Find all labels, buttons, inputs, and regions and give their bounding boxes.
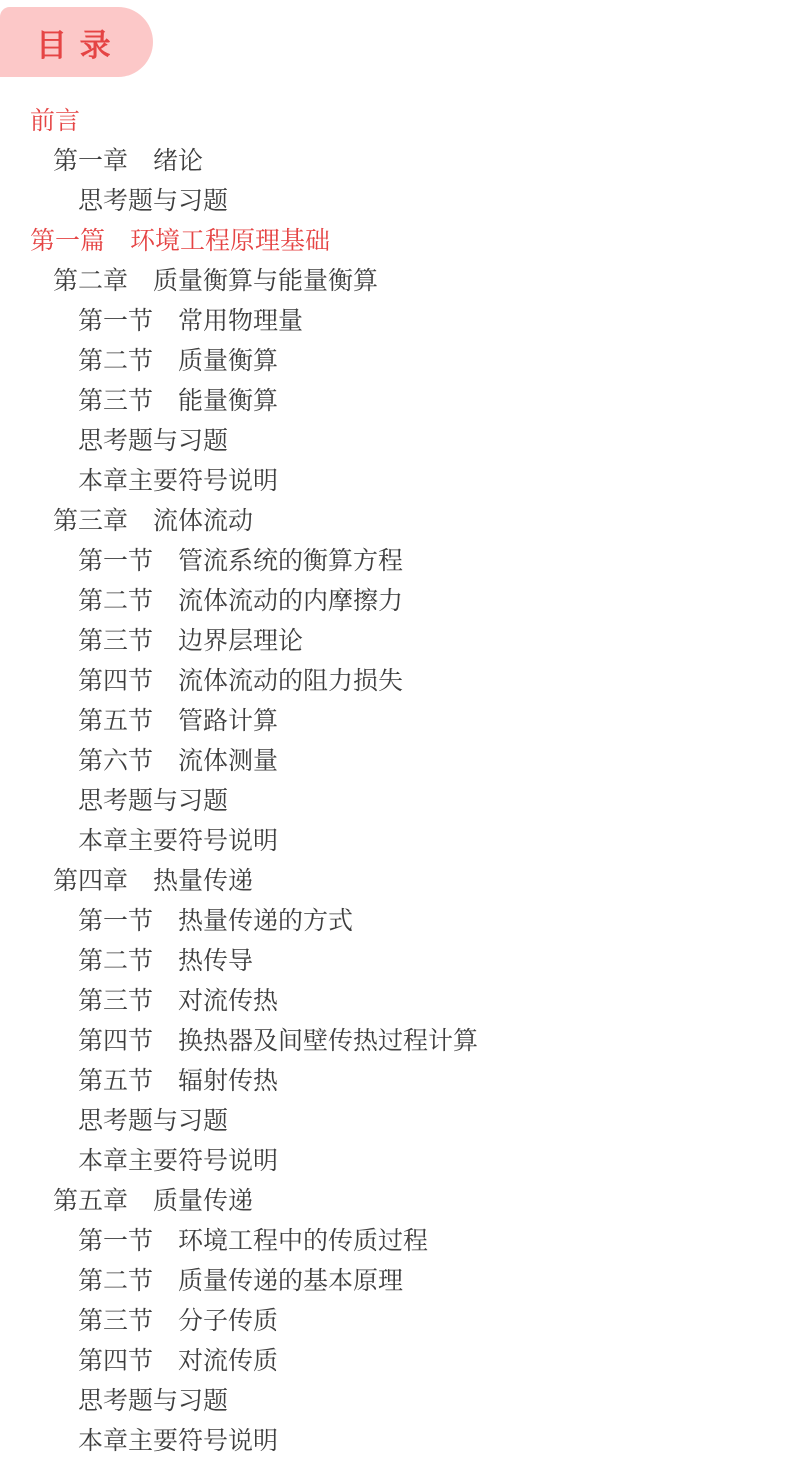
- toc-entry[interactable]: 第二章 质量衡算与能量衡算: [53, 261, 790, 301]
- toc-entry[interactable]: 第五节 辐射传热: [78, 1061, 790, 1101]
- toc-entry[interactable]: 思考题与习题: [78, 1381, 790, 1421]
- toc-entry[interactable]: 第三节 边界层理论: [78, 621, 790, 661]
- toc-entry[interactable]: 第三节 对流传热: [78, 981, 790, 1021]
- toc-entry[interactable]: 第一节 热量传递的方式: [78, 901, 790, 941]
- toc-entry-accent[interactable]: 前言: [30, 101, 790, 141]
- toc-entry-accent[interactable]: 第一篇 环境工程原理基础: [30, 221, 790, 261]
- toc-title-badge: 目 录: [0, 7, 153, 77]
- toc-entry[interactable]: 思考题与习题: [78, 1101, 790, 1141]
- toc-entry[interactable]: 第六节 流体测量: [78, 741, 790, 781]
- toc-entry[interactable]: 第二节 质量衡算: [78, 341, 790, 381]
- toc-entry[interactable]: 第五节 管路计算: [78, 701, 790, 741]
- toc-entry[interactable]: 第三节 分子传质: [78, 1301, 790, 1341]
- toc-entry[interactable]: 第四章 热量传递: [53, 861, 790, 901]
- toc-entry[interactable]: 本章主要符号说明: [78, 1421, 790, 1459]
- toc-entry[interactable]: 第二节 质量传递的基本原理: [78, 1261, 790, 1301]
- toc-entry[interactable]: 第二节 流体流动的内摩擦力: [78, 581, 790, 621]
- toc-entry[interactable]: 第一节 常用物理量: [78, 301, 790, 341]
- toc-entry[interactable]: 第一章 绪论: [53, 141, 790, 181]
- toc-entry[interactable]: 思考题与习题: [78, 181, 790, 221]
- toc-entry[interactable]: 第一节 管流系统的衡算方程: [78, 541, 790, 581]
- toc-entry[interactable]: 思考题与习题: [78, 421, 790, 461]
- toc-entry[interactable]: 第三节 能量衡算: [78, 381, 790, 421]
- toc-title-label: 目 录: [0, 20, 113, 65]
- toc-list: 前言第一章 绪论思考题与习题第一篇 环境工程原理基础第二章 质量衡算与能量衡算第…: [0, 101, 790, 1459]
- toc-entry[interactable]: 第二节 热传导: [78, 941, 790, 981]
- toc-entry[interactable]: 第五章 质量传递: [53, 1181, 790, 1221]
- toc-entry[interactable]: 第三章 流体流动: [53, 501, 790, 541]
- toc-entry[interactable]: 第一节 环境工程中的传质过程: [78, 1221, 790, 1261]
- toc-entry[interactable]: 第四节 换热器及间壁传热过程计算: [78, 1021, 790, 1061]
- toc-entry[interactable]: 本章主要符号说明: [78, 461, 790, 501]
- toc-entry[interactable]: 思考题与习题: [78, 781, 790, 821]
- toc-entry[interactable]: 本章主要符号说明: [78, 1141, 790, 1181]
- toc-entry[interactable]: 第四节 流体流动的阻力损失: [78, 661, 790, 701]
- toc-entry[interactable]: 第四节 对流传质: [78, 1341, 790, 1381]
- toc-entry[interactable]: 本章主要符号说明: [78, 821, 790, 861]
